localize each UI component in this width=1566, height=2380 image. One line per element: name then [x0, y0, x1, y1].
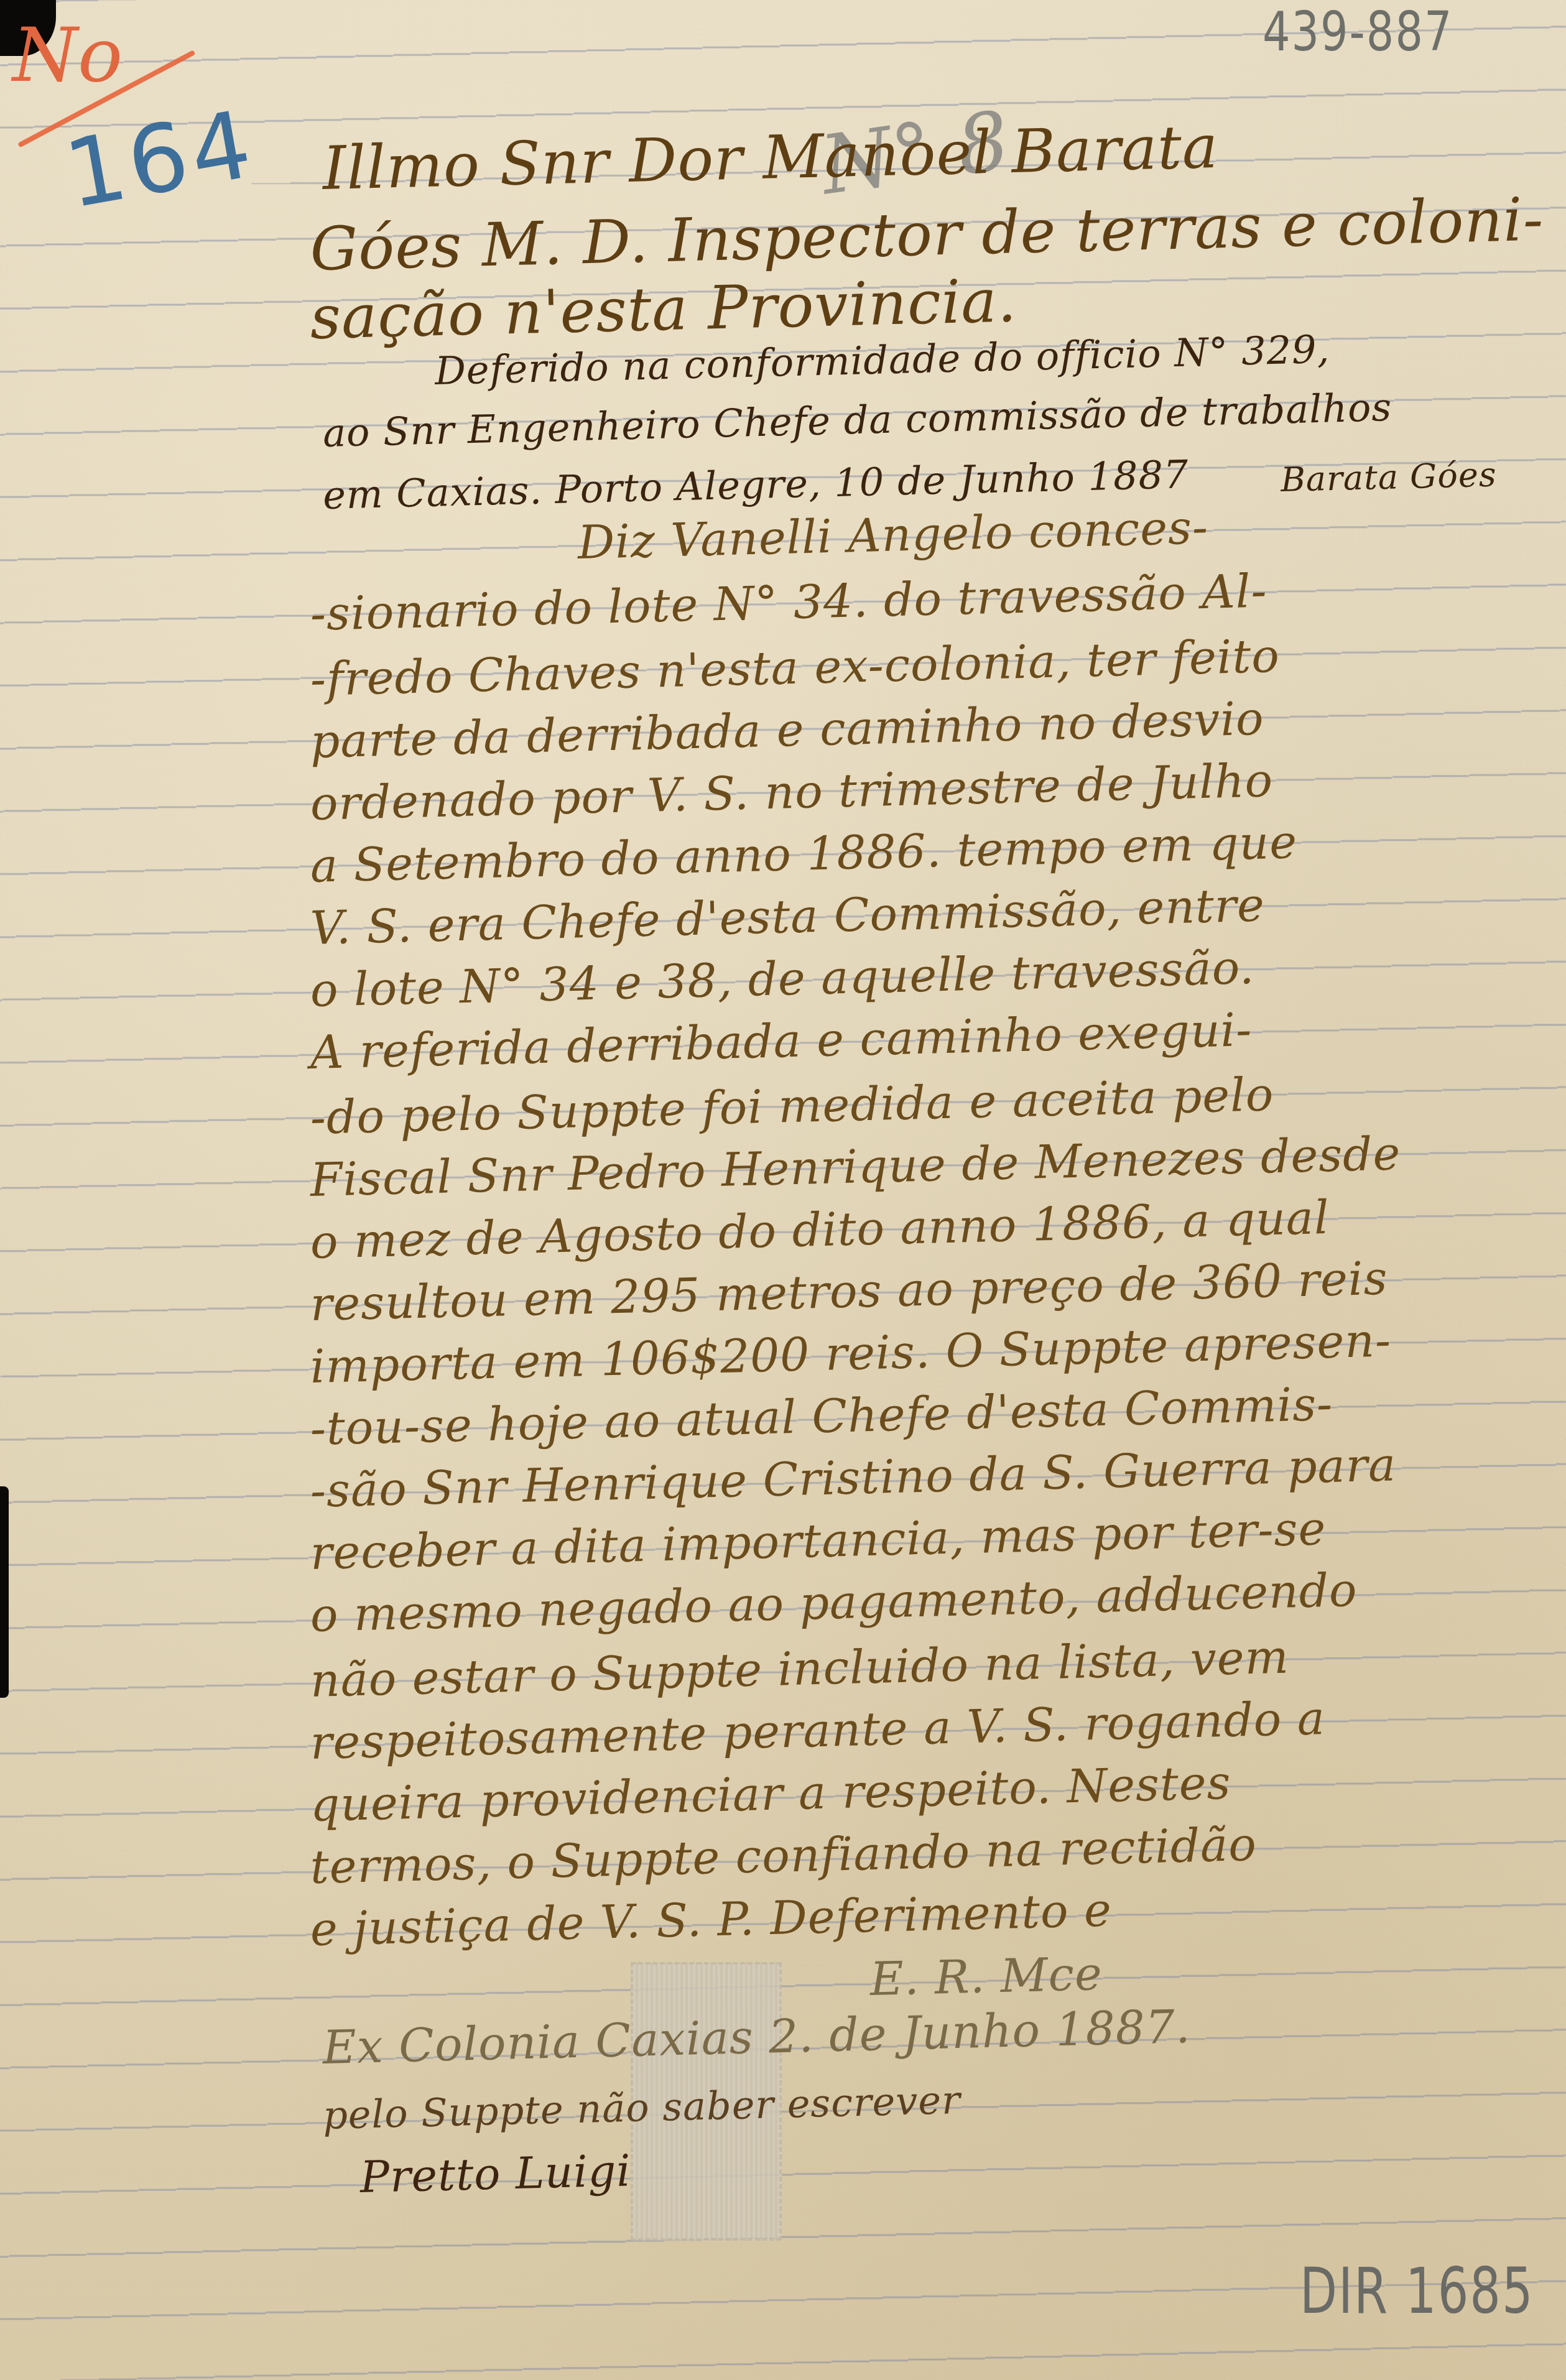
manuscript-text: Illmo Snr Dor Manoel Barata Góes M. D. I…: [0, 0, 1566, 2380]
despacho-signature: Barata Góes: [1280, 455, 1497, 499]
body-line: e justiça de V. S. P. Deferimento e: [310, 1884, 1113, 1956]
body-line: termos, o Suppte confiando na rectidão: [310, 1818, 1258, 1894]
body-line: queira providenciar a respeito. Nestes: [310, 1756, 1232, 1832]
signature-note: pelo Suppte não saber escrever: [322, 2077, 961, 2138]
document-page: No 164 439-887 N° 8 DIR 1685 Illmo Snr D…: [0, 0, 1566, 2380]
closing-formula: E. R. Mce: [869, 1947, 1103, 2006]
body-line: Diz Vanelli Angelo conces-: [577, 501, 1209, 570]
despacho-line: ao Snr Engenheiro Chefe da commissão de …: [322, 384, 1392, 456]
signature: Pretto Luigi: [359, 2145, 632, 2203]
body-line: A referida derribada e caminho exegui-: [310, 1003, 1253, 1080]
body-line: -sionario do lote N° 34. do travessão Al…: [310, 564, 1267, 641]
place-date: Ex Colonia Caxias 2. de Junho 1887.: [322, 2000, 1191, 2075]
heading-line: Illmo Snr Dor Manoel Barata: [322, 112, 1219, 203]
